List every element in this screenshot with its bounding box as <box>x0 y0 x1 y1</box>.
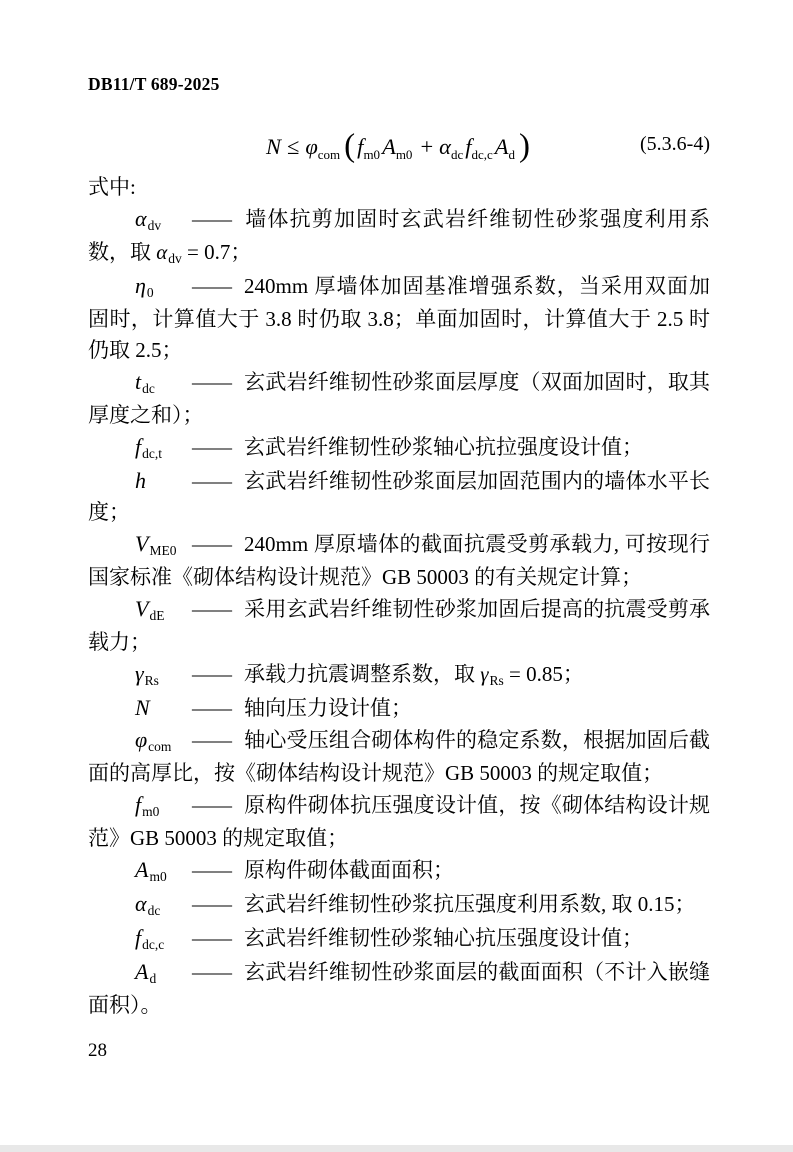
symbol: fm0 <box>135 789 192 823</box>
symbol: VME0 <box>135 528 192 562</box>
eq-sub-m0b: m0 <box>396 147 413 162</box>
eq-sub-dc: dc <box>451 147 463 162</box>
definition-item: η0——240mm 厚墙体加固基准增强系数，当采用双面加固时，计算值大于 3.8… <box>88 270 710 366</box>
separator-dash: —— <box>192 466 230 497</box>
symbol-base: φ <box>135 727 147 752</box>
symbol-subscript: dv <box>148 218 162 233</box>
eq-open-paren: ( <box>344 128 355 164</box>
document-code-header: DB11/T 689-2025 <box>88 74 710 95</box>
definition-text: 承载力抗震调整系数，取 γRs = 0.85； <box>244 662 584 686</box>
symbol-subscript: dc <box>148 903 161 918</box>
definition-text: 原构件砌体截面面积； <box>244 858 454 882</box>
symbol-subscript: dc <box>142 381 155 396</box>
separator-dash: —— <box>192 594 230 625</box>
symbol-base: α <box>135 891 147 916</box>
definition-item: Ad——玄武岩纤维韧性砂浆面层的截面面积（不计入嵌缝面积）。 <box>88 956 710 1021</box>
symbol-base: γ <box>135 661 144 686</box>
equation-number: (5.3.6-4) <box>640 119 710 169</box>
symbol: VdE <box>135 593 192 627</box>
page-bottom-edge <box>0 1145 793 1152</box>
symbol-base: A <box>135 857 148 882</box>
inline-variable: αdv <box>156 240 182 264</box>
definition-item: tdc——玄武岩纤维韧性砂浆面层厚度（双面加固时，取其厚度之和）； <box>88 366 710 431</box>
equation-row: N≤φcom(fm0Am0+αdcfdc,cAd) (5.3.6-4) <box>88 119 710 169</box>
definition-item: fdc,c——玄武岩纤维韧性砂浆轴心抗压强度设计值； <box>88 922 710 956</box>
eq-var-a2: A <box>495 134 509 159</box>
eq-sub-dcc: dc,c <box>472 147 493 162</box>
inline-variable-base: γ <box>480 662 488 686</box>
inline-variable: γRs <box>480 662 504 686</box>
eq-close-paren: ) <box>519 128 530 164</box>
symbol: αdv <box>135 203 192 237</box>
separator-dash: —— <box>192 432 230 463</box>
symbol-base: η <box>135 273 146 298</box>
where-label: 式中: <box>88 172 710 203</box>
eq-var-n: N <box>266 134 281 159</box>
inline-variable-subscript: dv <box>168 251 182 266</box>
eq-sub-m0a: m0 <box>363 147 380 162</box>
symbol-base: f <box>135 792 141 817</box>
symbol-base: t <box>135 369 141 394</box>
definition-item: Am0——原构件砌体截面面积； <box>88 854 710 888</box>
symbol-base: f <box>135 434 141 459</box>
symbol-subscript: com <box>148 739 171 754</box>
separator-dash: —— <box>192 889 230 920</box>
inline-variable-subscript: Rs <box>490 673 504 688</box>
symbol: fdc,t <box>135 431 192 465</box>
separator-dash: —— <box>192 957 230 988</box>
definition-text: 玄武岩纤维韧性砂浆轴心抗拉强度设计值； <box>244 435 643 459</box>
page-content: DB11/T 689-2025 N≤φcom(fm0Am0+αdcfdc,cAd… <box>88 74 710 1021</box>
definition-item: N——轴向压力设计值； <box>88 692 710 724</box>
inline-variable-base: α <box>156 240 167 264</box>
separator-dash: —— <box>192 923 230 954</box>
eq-sub-d: d <box>509 147 516 162</box>
eq-var-a1: A <box>382 134 396 159</box>
eq-var-f2: f <box>465 134 471 159</box>
symbol-base: V <box>135 531 148 556</box>
definition-item: VME0——240mm 厚原墙体的截面抗震受剪承载力, 可按现行国家标准《砌体结… <box>88 528 710 593</box>
symbol-base: N <box>135 695 150 720</box>
equation: N≤φcom(fm0Am0+αdcfdc,cAd) <box>266 119 532 175</box>
definition-item: fm0——原构件砌体抗压强度设计值，按《砌体结构设计规范》GB 50003 的规… <box>88 789 710 854</box>
definition-item: VdE——采用玄武岩纤维韧性砂浆加固后提高的抗震受剪承载力； <box>88 593 710 658</box>
definition-text: 轴向压力设计值； <box>244 696 412 720</box>
definition-item: φcom——轴心受压组合砌体构件的稳定系数，根据加固后截面的高厚比，按《砌体结构… <box>88 724 710 789</box>
symbol: φcom <box>135 724 192 758</box>
symbol-subscript: ME0 <box>149 543 176 558</box>
symbol: h <box>135 465 192 496</box>
eq-relation-le: ≤ <box>287 134 299 159</box>
separator-dash: —— <box>192 855 230 886</box>
separator-dash: —— <box>192 529 230 560</box>
definition-item: h——玄武岩纤维韧性砂浆面层加固范围内的墙体水平长度； <box>88 465 710 528</box>
separator-dash: —— <box>192 367 230 398</box>
symbol-subscript: m0 <box>142 804 159 819</box>
symbol-subscript: m0 <box>149 869 166 884</box>
symbol-subscript: 0 <box>147 285 154 300</box>
symbol-base: A <box>135 959 148 984</box>
definition-text: 玄武岩纤维韧性砂浆轴心抗压强度设计值； <box>244 926 643 950</box>
definitions-list: αdv——墙体抗剪加固时玄武岩纤维韧性砂浆强度利用系数，取 αdv = 0.7；… <box>88 203 710 1021</box>
definition-item: αdv——墙体抗剪加固时玄武岩纤维韧性砂浆强度利用系数，取 αdv = 0.7； <box>88 203 710 270</box>
definition-text: 玄武岩纤维韧性砂浆抗压强度利用系数, 取 0.15； <box>244 892 696 916</box>
document-page: DB11/T 689-2025 N≤φcom(fm0Am0+αdcfdc,cAd… <box>0 0 793 1152</box>
separator-dash: —— <box>192 693 230 724</box>
symbol-base: α <box>135 206 147 231</box>
symbol-subscript: dE <box>149 608 164 623</box>
eq-var-phi: φ <box>305 134 317 159</box>
symbol-base: f <box>135 925 141 950</box>
separator-dash: —— <box>192 790 230 821</box>
symbol: N <box>135 692 192 723</box>
definition-item: fdc,t——玄武岩纤维韧性砂浆轴心抗拉强度设计值； <box>88 431 710 465</box>
symbol-subscript: dc,c <box>142 937 164 952</box>
symbol: γRs <box>135 658 192 692</box>
eq-sub-com: com <box>318 147 340 162</box>
separator-dash: —— <box>192 204 230 235</box>
symbol-subscript: dc,t <box>142 446 162 461</box>
separator-dash: —— <box>192 271 230 302</box>
symbol: tdc <box>135 366 192 400</box>
eq-plus: + <box>420 134 433 159</box>
page-number: 28 <box>88 1040 107 1062</box>
symbol: η0 <box>135 270 192 304</box>
symbol-base: h <box>135 468 146 493</box>
eq-var-alpha: α <box>439 134 451 159</box>
symbol-base: V <box>135 596 148 621</box>
symbol-subscript: Rs <box>145 673 159 688</box>
separator-dash: —— <box>192 725 230 756</box>
separator-dash: —— <box>192 659 230 690</box>
symbol: Ad <box>135 956 192 990</box>
symbol: Am0 <box>135 854 192 888</box>
definition-item: αdc——玄武岩纤维韧性砂浆抗压强度利用系数, 取 0.15； <box>88 888 710 922</box>
symbol-subscript: d <box>149 971 156 986</box>
symbol: fdc,c <box>135 922 192 956</box>
definition-item: γRs——承载力抗震调整系数，取 γRs = 0.85； <box>88 658 710 692</box>
symbol: αdc <box>135 888 192 922</box>
